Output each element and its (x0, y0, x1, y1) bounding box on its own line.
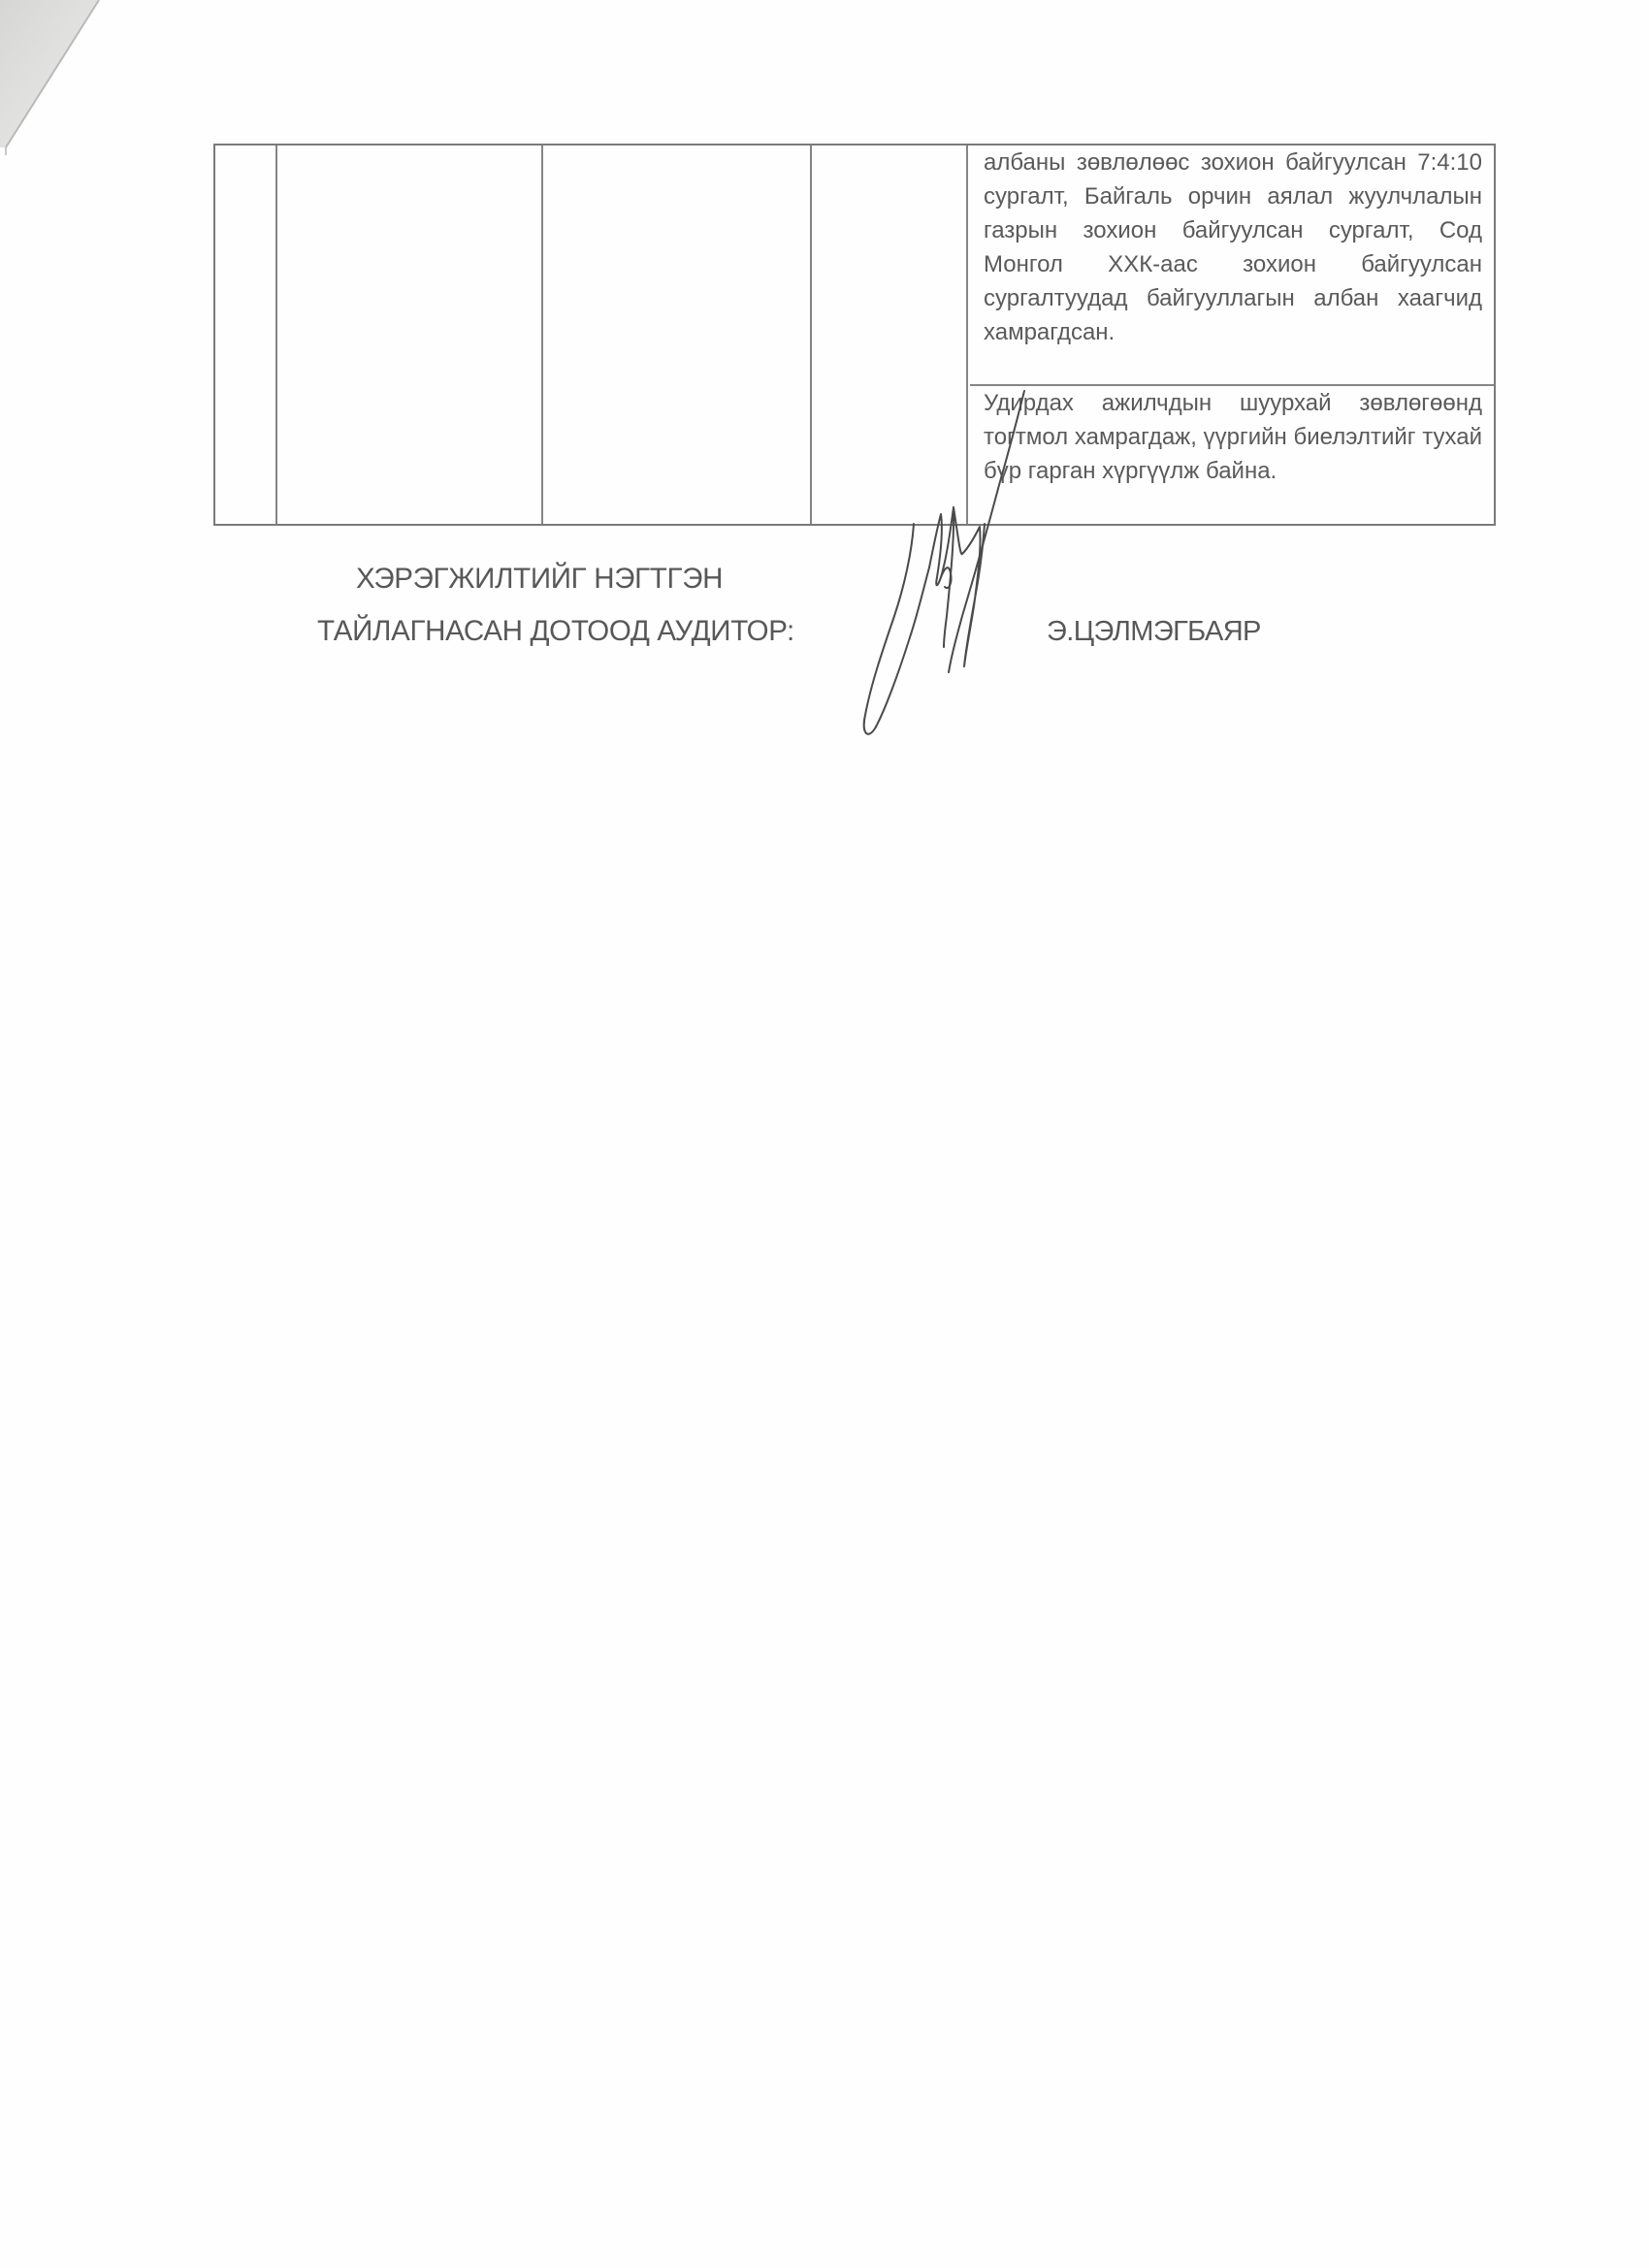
column-divider (966, 146, 968, 524)
signature-label-line1: ХЭРЭГЖИЛТИЙГ НЭГТГЭН (356, 563, 723, 596)
column-divider (541, 146, 543, 524)
document-page: албаны зөвлөлөөс зохион байгуулсан 7:4:1… (0, 0, 1649, 2268)
column-divider (810, 146, 812, 524)
signature-label-line2: ТАЙЛАГНАСАН ДОТООД АУДИТОР: (317, 615, 794, 648)
report-table: албаны зөвлөлөөс зохион байгуулсан 7:4:1… (213, 144, 1496, 526)
folded-corner-icon (0, 0, 107, 155)
signer-name: Э.ЦЭЛМЭГБАЯР (1047, 615, 1261, 648)
table-cell-progress-2: Удирдах ажилчдын шуурхай зөвлөгөөнд тогт… (970, 384, 1494, 526)
table-cell-progress-1: албаны зөвлөлөөс зохион байгуулсан 7:4:1… (970, 146, 1494, 384)
column-divider (275, 146, 277, 524)
